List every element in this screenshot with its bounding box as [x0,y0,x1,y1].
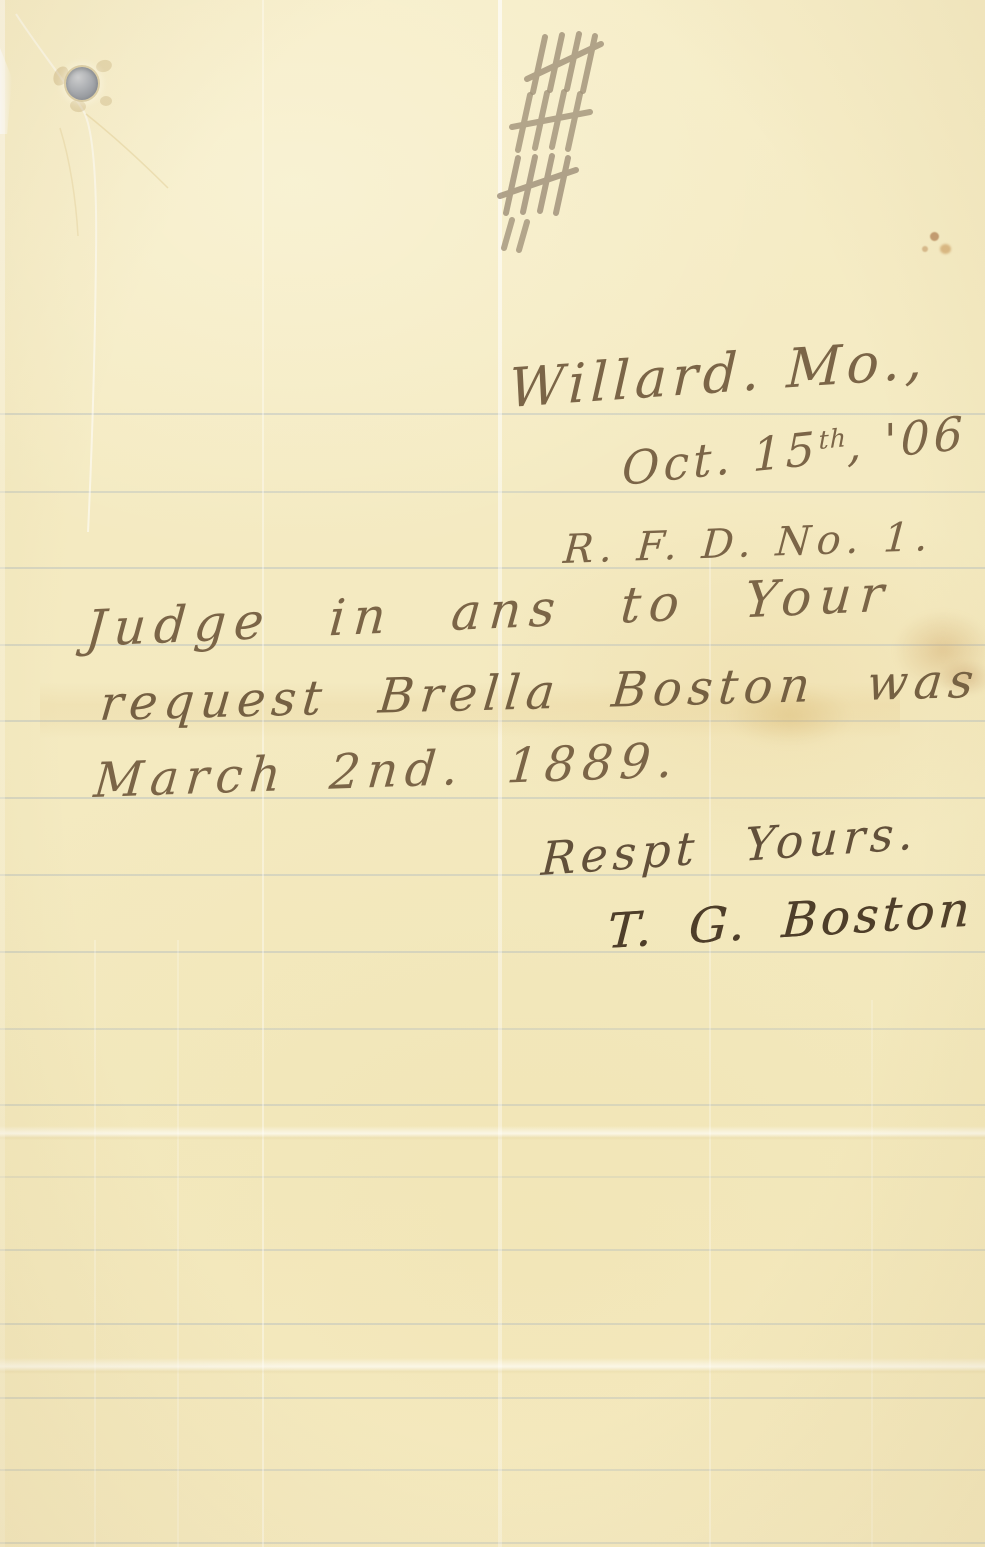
stain-speck [940,244,951,254]
dateline-route: R. F. D. No. 1. [562,517,935,570]
hole-punch-tear [69,99,87,114]
rule-line [0,1249,985,1251]
horizontal-fold-crease [0,1358,985,1374]
scan-edge-left [0,0,5,1547]
rule-line [0,1176,985,1178]
signature: T. G. Boston [606,885,975,956]
dateline-city: Willard. Mo., [508,332,928,416]
rule-line [0,491,985,493]
rule-line [0,951,985,953]
rule-line [0,1323,985,1325]
date-text: Oct. 15 [622,421,819,496]
tally-group-3 [500,156,576,213]
hole-punch-tear [100,96,112,106]
body-line: March 2nd. 1889. [92,736,682,805]
rule-line [0,1104,985,1106]
body-line: Judge in ans to Your [84,569,894,654]
closing: Respt Yours. [540,809,919,882]
rule-line [0,1542,985,1544]
date-ordinal: th [819,423,847,455]
letter-scan: Willard. Mo., Oct. 15th, '06 R. F. D. No… [0,0,985,1547]
rule-line [0,413,985,415]
stain-speck [930,232,939,241]
dateline-date: Oct. 15th, '06 [622,410,967,492]
stain-speck [922,246,928,252]
date-year: , '06 [847,405,967,472]
rule-line [0,1397,985,1399]
tally-group-2 [512,92,590,150]
hole-punch [66,67,98,100]
vertical-crease [177,940,179,1547]
hole-punch-tear [95,58,114,74]
paper-edge-notch [0,48,12,134]
tally-group-1 [527,34,601,92]
rule-line [0,1028,985,1030]
tally-group-4 [504,220,527,250]
rule-line [0,874,985,876]
vertical-crease [94,940,96,1547]
horizontal-fold-crease [0,1126,985,1140]
rule-line [0,1469,985,1471]
vertical-crease [871,1000,873,1547]
body-line: request Brella Boston was [98,657,982,728]
